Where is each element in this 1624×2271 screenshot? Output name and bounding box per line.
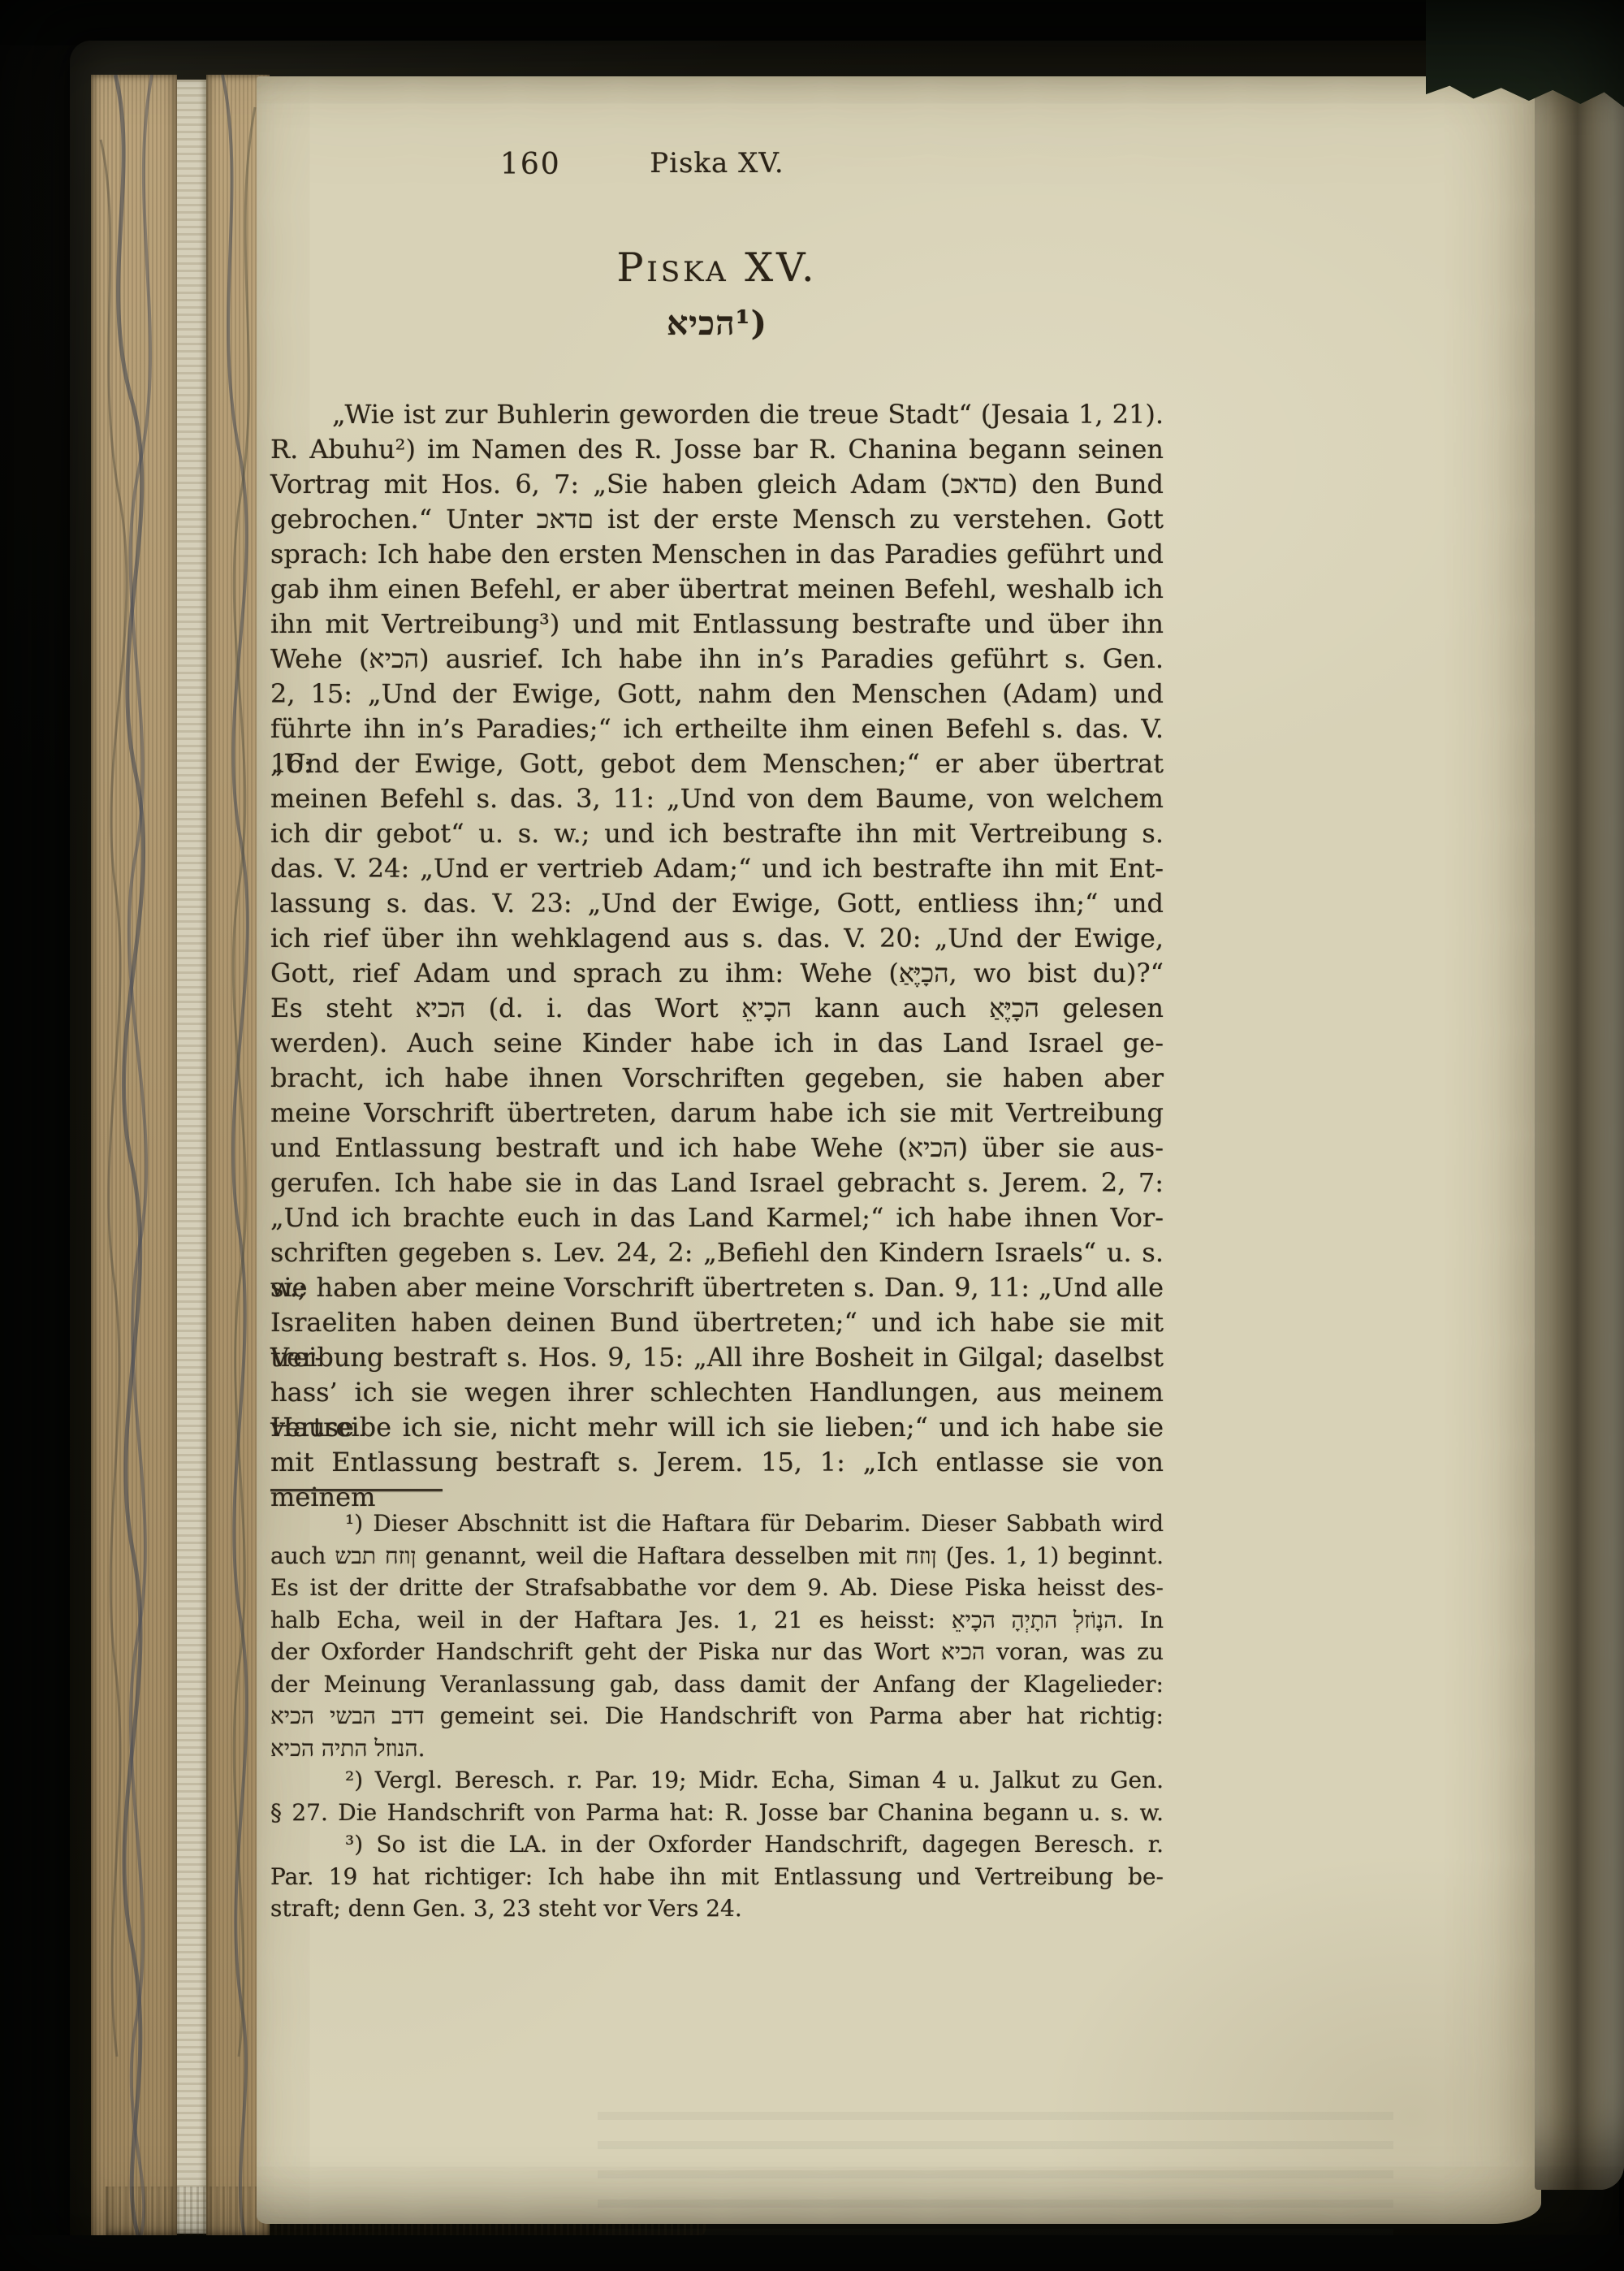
body-line: sie haben aber meine Vorschrift übertret… — [270, 1270, 1164, 1305]
body-line: ich rief über ihn wehklagend aus s. das.… — [270, 921, 1164, 956]
footnote-divider — [270, 1489, 443, 1491]
footnote-line: halb Echa, weil in der Haftara Jes. 1, 2… — [270, 1604, 1164, 1637]
body-text: „Wie ist zur Buhlerin geworden die treue… — [270, 397, 1164, 1480]
book-photograph: 160 Piska XV. Piska XV. ‭איכה‬¹) „Wie is… — [0, 0, 1624, 2271]
piska-title: Piska XV. — [270, 244, 1164, 291]
background-bottom — [0, 2235, 1624, 2271]
body-line: gab ihm einen Befehl, er aber übertrat m… — [270, 572, 1164, 607]
body-line: meinen Befehl s. das. 3, 11: „Und von de… — [270, 781, 1164, 816]
body-line: 2, 15: „Und der Ewige, Gott, nahm den Me… — [270, 677, 1164, 712]
footnote-line: ‭איכה היתה לזונה‬. — [270, 1732, 1164, 1765]
body-line: Vortrag mit Hos. 6, 7: „Sie haben gleich… — [270, 467, 1164, 502]
footnote-line: der Oxforder Handschrift geht der Piska … — [270, 1636, 1164, 1668]
body-line: schriften gegeben s. Lev. 24, 2: „Befieh… — [270, 1235, 1164, 1270]
footnote-line: ‭איכה ישבה בדד‬ gemeint sei. Die Handsch… — [270, 1700, 1164, 1732]
background-top — [0, 0, 1624, 45]
body-line: führte ihn in’s Paradies;“ ich ertheilte… — [270, 712, 1164, 746]
body-line: treibung bestraft s. Hos. 9, 15: „All ih… — [270, 1340, 1164, 1375]
running-head: Piska XV. — [270, 147, 1164, 180]
body-line: mit Entlassung bestraft s. Jerem. 15, 1:… — [270, 1445, 1164, 1480]
footnote-line: Par. 19 hat richtiger: Ich habe ihn mit … — [270, 1861, 1164, 1893]
body-line: „Und der Ewige, Gott, gebot dem Menschen… — [270, 746, 1164, 781]
body-line: werden). Auch seine Kinder habe ich in d… — [270, 1026, 1164, 1061]
footnote-line: ³) So ist die LA. in der Oxforder Handsc… — [270, 1828, 1164, 1861]
footnote-line: ²) Vergl. Beresch. r. Par. 19; Midr. Ech… — [270, 1764, 1164, 1797]
body-line: Gott, rief Adam und sprach zu ihm: Wehe … — [270, 956, 1164, 991]
body-line: ihn mit Vertreibung³) und mit Entlassung… — [270, 607, 1164, 642]
body-line: ich dir gebot“ u. s. w.; und ich bestraf… — [270, 816, 1164, 851]
footnote-line: § 27. Die Handschrift von Parma hat: R. … — [270, 1797, 1164, 1829]
hebrew-heading: ‭איכה‬¹) — [270, 304, 1164, 343]
body-line: „Wie ist zur Buhlerin geworden die treue… — [270, 397, 1164, 432]
gutter-and-next-page-edge — [1535, 78, 1624, 2190]
footnote-line: Es ist der dritte der Strafsabbathe vor … — [270, 1572, 1164, 1604]
body-line: lassung s. das. V. 23: „Und der Ewige, G… — [270, 886, 1164, 921]
footnote-line: der Meinung Veranlassung gab, dass damit… — [270, 1668, 1164, 1701]
body-line: sprach: Ich habe den ersten Menschen in … — [270, 537, 1164, 572]
body-line: hass’ ich sie wegen ihrer schlechten Han… — [270, 1375, 1164, 1410]
body-line: vertreibe ich sie, nicht mehr will ich s… — [270, 1410, 1164, 1445]
body-line: gerufen. Ich habe sie in das Land Israel… — [270, 1166, 1164, 1200]
marbled-fore-edge-outer — [91, 75, 177, 2240]
body-line: bracht, ich habe ihnen Vorschriften gege… — [270, 1061, 1164, 1096]
footnote-line: straft; denn Gen. 3, 23 steht vor Vers 2… — [270, 1892, 1164, 1925]
footnote-line: auch ‭שבת חזון‬ genannt, weil die Haftar… — [270, 1540, 1164, 1572]
body-line: Es steht ‭איכה‬ (d. i. das Wort ‭אֵיכָה‬… — [270, 991, 1164, 1026]
body-line: R. Abuhu²) im Namen des R. Josse bar R. … — [270, 432, 1164, 467]
body-line: „Und ich brachte euch in das Land Karmel… — [270, 1200, 1164, 1235]
body-line: meine Vorschrift übertreten, darum habe … — [270, 1096, 1164, 1131]
marble-veins — [91, 75, 177, 2240]
footnotes: ¹) Dieser Abschnitt ist die Haftara für … — [270, 1508, 1164, 1925]
page-stack-edge — [177, 80, 206, 2234]
body-line: Wehe (‭איכה‬) ausrief. Ich habe ihn in’s… — [270, 642, 1164, 677]
footnote-line: ¹) Dieser Abschnitt ist die Haftara für … — [270, 1508, 1164, 1540]
body-line: Israeliten haben deinen Bund übertreten;… — [270, 1305, 1164, 1340]
body-line: und Entlassung bestraft und ich habe Weh… — [270, 1131, 1164, 1166]
body-line: das. V. 24: „Und er vertrieb Adam;“ und … — [270, 851, 1164, 886]
body-line: gebrochen.“ Unter ‭כאדם‬ ist der erste M… — [270, 502, 1164, 537]
